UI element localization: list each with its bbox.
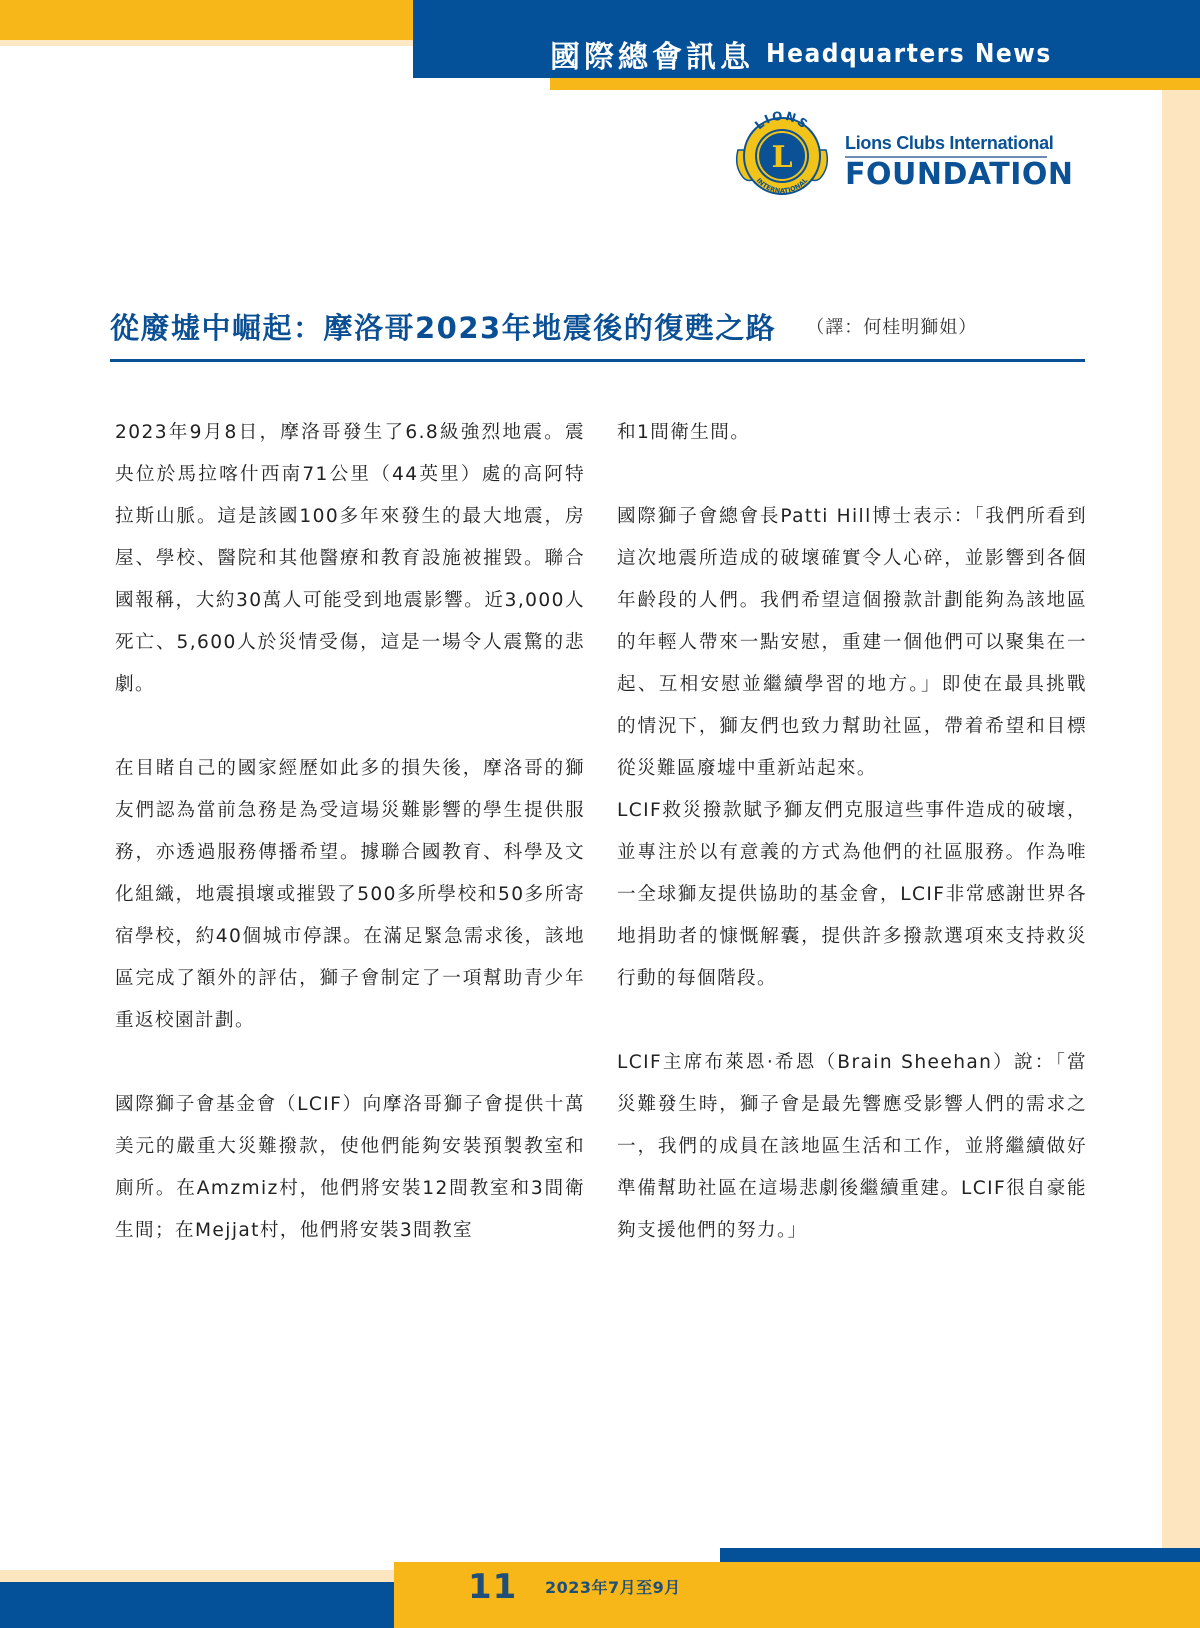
paragraph: 國際獅子會總會長Patti Hill博士表示：「我們所看到這次地震所造成的破壞確…: [617, 496, 1087, 790]
footer-blue-block-left: [0, 1582, 400, 1628]
article-column-right: 和1間衛生間。 國際獅子會總會長Patti Hill博士表示：「我們所看到這次地…: [617, 412, 1087, 1252]
footer-cream-strip: [0, 1570, 400, 1582]
header-cream-strip: [0, 40, 413, 46]
paragraph: 2023年9月8日，摩洛哥發生了6.8級強烈地震。震央位於馬拉喀什西南71公里（…: [115, 412, 585, 706]
paragraph: 國際獅子會基金會（LCIF）向摩洛哥獅子會提供十萬美元的嚴重大災難撥款，使他們能…: [115, 1084, 585, 1252]
lcif-wordmark-line1: Lions Clubs International: [845, 133, 1074, 154]
issue-date: 2023年7月至9月: [545, 1575, 681, 1598]
right-margin-band: [1162, 90, 1200, 1548]
paragraph: 在目睹自己的國家經歷如此多的損失後，摩洛哥的獅友們認為當前急務是為受這場災難影響…: [115, 748, 585, 1042]
article-title-row: 從廢墟中崛起：摩洛哥2023年地震後的復甦之路 （譯：何桂明獅姐）: [110, 304, 1085, 348]
section-title-en: Headquarters News: [766, 39, 1052, 69]
title-divider: [110, 359, 1085, 362]
paragraph: LCIF主席布萊恩·希恩（Brain Sheehan）說：「當災難發生時，獅子會…: [617, 1042, 1087, 1252]
paragraph: LCIF救災撥款賦予獅友們克服這些事件造成的破壞，並專注於以有意義的方式為他們的…: [617, 790, 1087, 1000]
lcif-wordmark-line2: FOUNDATION: [845, 160, 1074, 190]
svg-text:L: L: [771, 140, 792, 175]
section-header: 國際總會訊息 Headquarters News: [550, 34, 1120, 74]
article-column-left: 2023年9月8日，摩洛哥發生了6.8級強烈地震。震央位於馬拉喀什西南71公里（…: [115, 412, 585, 1252]
lcif-wordmark: Lions Clubs International FOUNDATION: [845, 133, 1074, 190]
lions-emblem-icon: L LIONS INTERNATIONAL: [732, 110, 832, 206]
paragraph: 和1間衛生間。: [617, 412, 1087, 454]
section-title-zh: 國際總會訊息: [550, 32, 754, 76]
header-yellow-underline: [550, 78, 1200, 90]
footer-blue-block-right: [720, 1548, 1200, 1563]
article-title: 從廢墟中崛起：摩洛哥2023年地震後的復甦之路: [110, 306, 776, 347]
translator-credit: （譯：何桂明獅姐）: [806, 313, 977, 339]
header-yellow-bar: [0, 0, 413, 40]
page-number: 11: [468, 1567, 517, 1607]
